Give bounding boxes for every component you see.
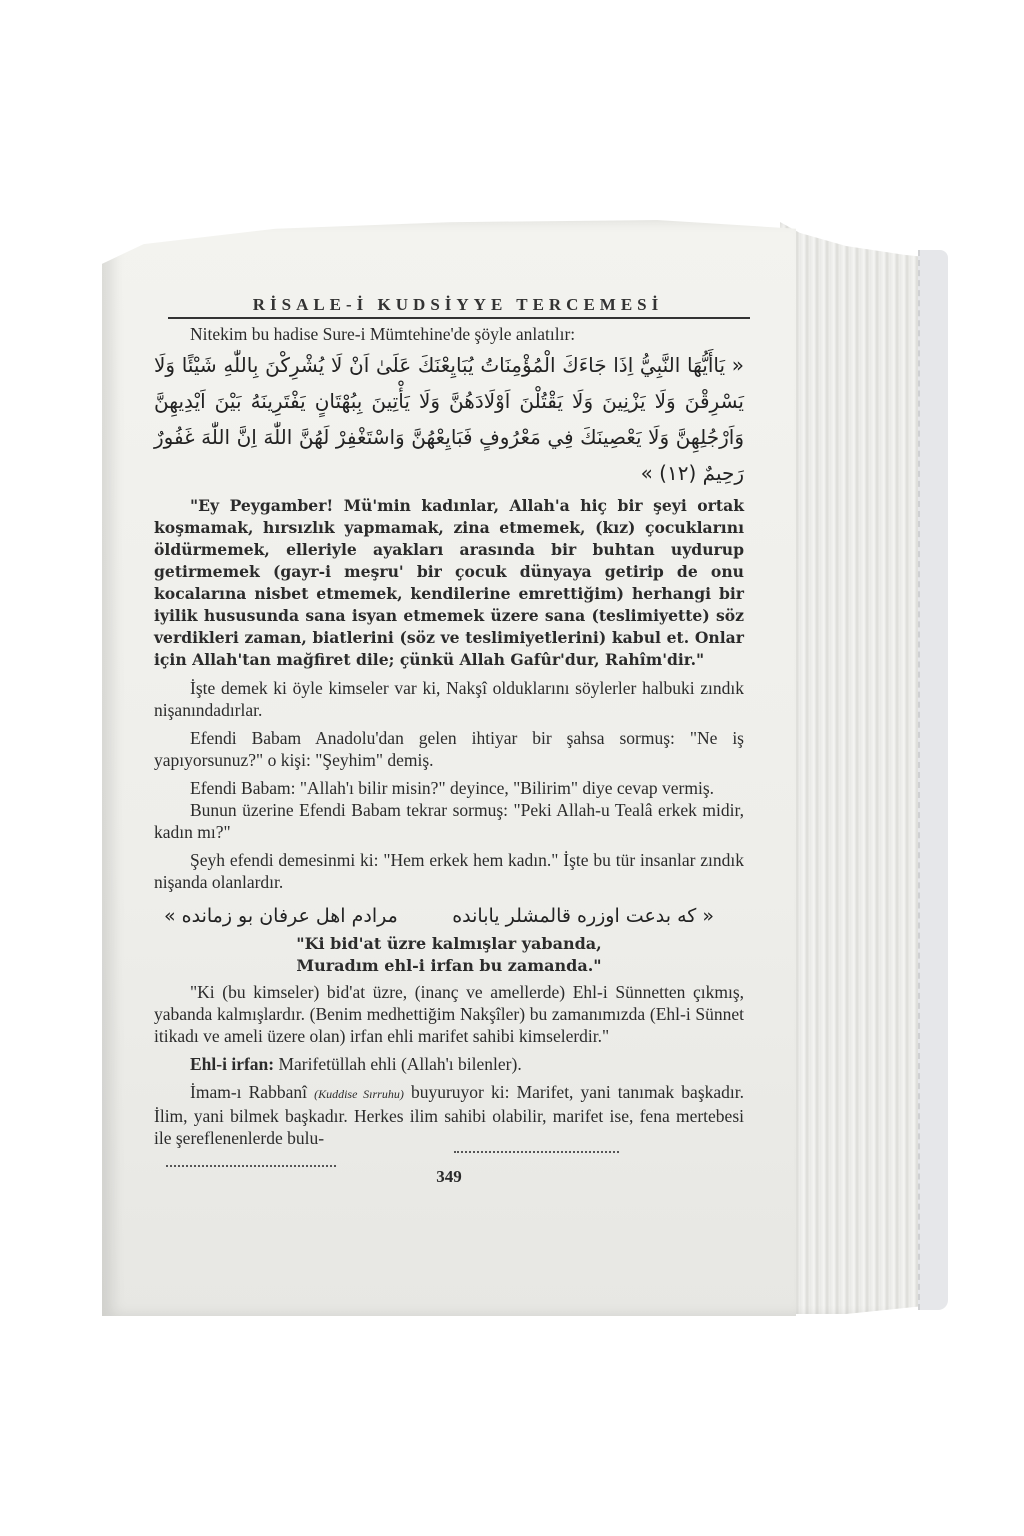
paragraph-seyh-efendi: Şeyh efendi demesinmi ki: "Hem erkek hem… bbox=[154, 849, 744, 893]
running-head: RİSALE-İ KUDSİYYE TERCEMESİ bbox=[172, 295, 744, 315]
paragraph-allahi-bilir: Efendi Babam: "Allah'ı bilir misin?" dey… bbox=[154, 777, 744, 799]
arabic-quran-verse: « يَاأَيُّهَا النَّبِيُّ اِذَا جَاءَكَ ا… bbox=[154, 347, 744, 491]
header-rule bbox=[168, 317, 750, 319]
dotted-line-left bbox=[166, 1165, 336, 1167]
book-page: RİSALE-İ KUDSİYYE TERCEMESİ Nitekim bu h… bbox=[102, 220, 796, 1316]
book-cover-edge bbox=[918, 250, 948, 1310]
paragraph-tekrar-sormus: Bunun üzerine Efendi Babam tekrar sormuş… bbox=[154, 799, 744, 843]
dotted-line-right bbox=[454, 1151, 619, 1153]
couplet-line-2: Muradım ehl-i irfan bu zamanda." bbox=[154, 955, 744, 977]
paragraph-anadolu: Efendi Babam Anadolu'dan gelen ihtiyar b… bbox=[154, 727, 744, 771]
intro-paragraph: Nitekim bu hadise Sure-i Mümtehine'de şö… bbox=[154, 323, 744, 345]
definition-term: Ehl-i irfan: bbox=[190, 1054, 274, 1074]
page-content: RİSALE-İ KUDSİYYE TERCEMESİ Nitekim bu h… bbox=[154, 295, 744, 1187]
imam-name: İmam-ı Rabbanî bbox=[190, 1082, 307, 1102]
continuation-dots bbox=[154, 1149, 744, 1171]
couplet-first-hemistich: « كه بدعت اوزره قالمشلر يابانده bbox=[452, 905, 714, 927]
couplet-translation: "Ki bid'at üzre kalmışlar yabanda, Murad… bbox=[154, 933, 744, 977]
explanation-paragraph: "Ki (bu kimseler) bid'at üzre, (inanç ve… bbox=[154, 981, 744, 1047]
verse-translation: "Ey Peygamber! Mü'min kadınlar, Allah'a … bbox=[154, 495, 744, 671]
couplet-line-1: "Ki bid'at üzre kalmışlar yabanda, bbox=[154, 933, 744, 955]
definition-paragraph: Ehl-i irfan: Marifetüllah ehli (Allah'ı … bbox=[154, 1053, 744, 1075]
couplet-second-hemistich: مرادم اهل عرفان بو زمانده » bbox=[164, 905, 398, 927]
imam-rabbani-paragraph: İmam-ı Rabbanî (Kuddise Sırruhu) buyuruy… bbox=[154, 1081, 744, 1149]
honorific: (Kuddise Sırruhu) bbox=[314, 1087, 404, 1101]
definition-text: Marifetüllah ehli (Allah'ı bilenler). bbox=[278, 1054, 521, 1074]
paragraph-naksi: İşte demek ki öyle kimseler var ki, Nakş… bbox=[154, 677, 744, 721]
arabic-couplet: « كه بدعت اوزره قالمشلر يابانده مرادم اه… bbox=[164, 905, 714, 927]
book-photo: RİSALE-İ KUDSİYYE TERCEMESİ Nitekim bu h… bbox=[0, 0, 1024, 1536]
